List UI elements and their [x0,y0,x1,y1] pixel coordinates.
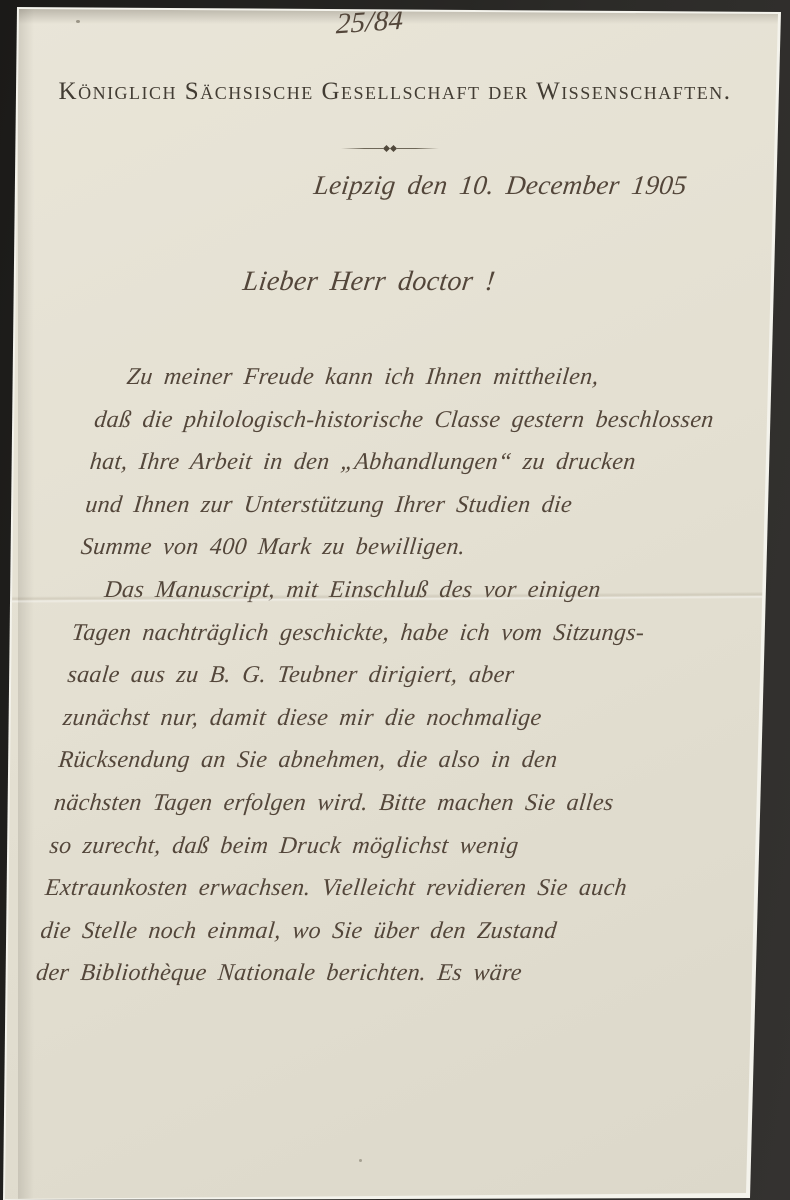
letter-body-line: Das Manuscript, mit Einschluß des vor ei… [74,570,728,613]
letter-body-line: Zu meiner Freude kann ich Ihnen mittheil… [97,357,751,400]
letter-body-line: hat, Ihre Arbeit in den „Abhandlungen“ z… [88,442,742,485]
letter-salutation: Lieber Herr doctor ! [241,266,497,298]
divider-rule-left [341,148,383,149]
paper-speck [76,20,80,23]
letter-body-line: zunächst nur, damit diese mir die nochma… [61,698,715,741]
letterhead-divider [341,142,439,154]
letter-body-line: saale aus zu B. G. Teubner dirigiert, ab… [65,655,719,698]
letter-body: Zu meiner Freude kann ich Ihnen mittheil… [34,357,751,996]
letter-body-line: Tagen nachträglich geschickte, habe ich … [70,613,724,656]
letter-body-line: Rücksendung an Sie abnehmen, die also in… [56,740,710,783]
letter-body-line: so zurecht, daß beim Druck möglichst wen… [47,826,701,869]
letter-body-line: und Ihnen zur Unterstützung Ihrer Studie… [83,485,737,528]
paper-sheet: 25/84 Königlich Sächsische Gesellschaft … [0,0,790,1200]
letter-body-line: nächsten Tagen erfolgen wird. Bitte mach… [52,783,706,826]
letter-body-line: der Bibliothèque Nationale berichten. Es… [34,953,688,996]
letter-body-line: daß die philologisch-historische Classe … [92,400,746,443]
diamond-ornament-icon [390,144,397,151]
letter-body-line: Summe von 400 Mark zu bewilligen. [79,527,733,570]
divider-rule-right [397,148,439,149]
letter-dateline: Leipzig den 10. December 1905 [312,170,689,201]
letter-body-line: Extraunkosten erwachsen. Vielleicht revi… [43,868,697,911]
letter-body-line: die Stelle noch einmal, wo Sie über den … [38,911,692,954]
letterhead-title: Königlich Sächsische Gesellschaft der Wi… [0,78,790,106]
paper-speck [359,1159,362,1162]
